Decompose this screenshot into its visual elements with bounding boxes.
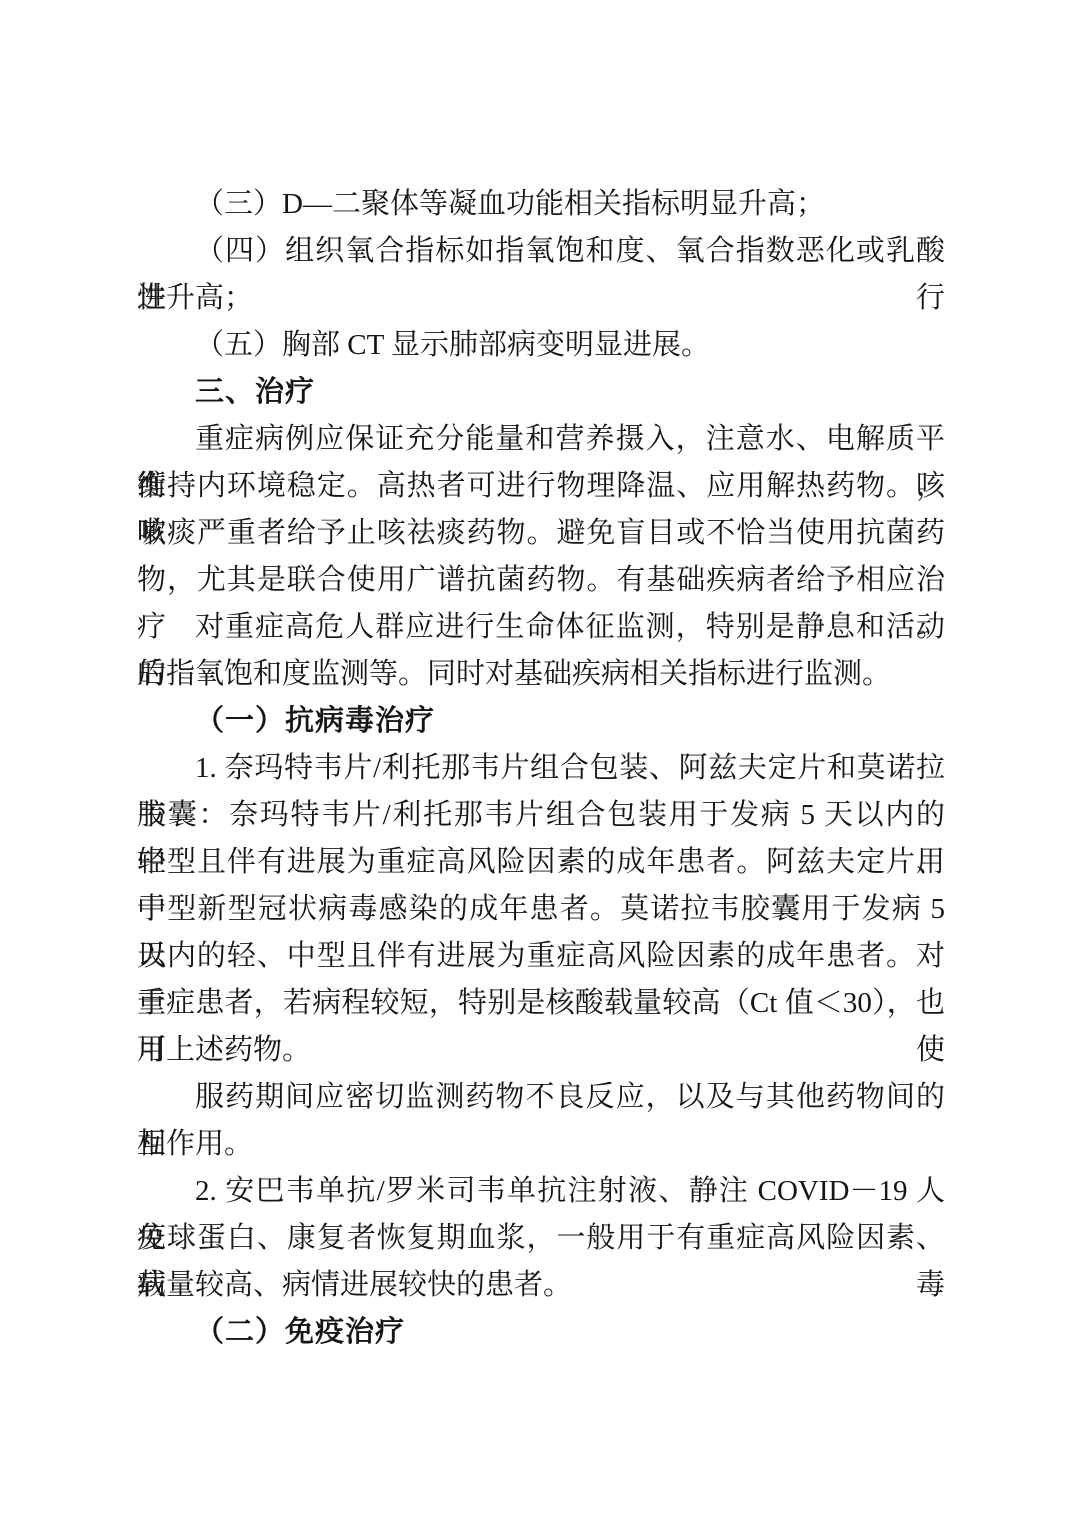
text-line: 以内的轻、中型且伴有进展为重症高风险因素的成年患者。对于 xyxy=(137,933,945,980)
text-line: 胶囊：奈玛特韦片/利托那韦片组合包装用于发病 5 天以内的轻、 xyxy=(137,792,945,839)
section-heading: （一）抗病毒治疗 xyxy=(137,698,945,745)
text-line: 2. 安巴韦单抗/罗米司韦单抗注射液、静注 COVID－19 人免 xyxy=(137,1168,945,1215)
text-line: （四）组织氧合指标如指氧饱和度、氧合指数恶化或乳酸进行 xyxy=(137,228,945,275)
text-line: 中型新型冠状病毒感染的成年患者。莫诺拉韦胶囊用于发病 5 天 xyxy=(137,886,945,933)
section-heading: 三、治疗 xyxy=(137,369,945,416)
text-line: 重症患者，若病程较短，特别是核酸载量较高（Ct 值＜30），也可使 xyxy=(137,980,945,1027)
section-heading: （二）免疫治疗 xyxy=(137,1309,945,1356)
text-line: 互作用。 xyxy=(137,1121,945,1168)
text-line: 1. 奈玛特韦片/利托那韦片组合包装、阿兹夫定片和莫诺拉韦 xyxy=(137,745,945,792)
text-line: 咳痰严重者给予止咳祛痰药物。避免盲目或不恰当使用抗菌药 xyxy=(137,510,945,557)
text-line: 物，尤其是联合使用广谱抗菌药物。有基础疾病者给予相应治疗。 xyxy=(137,557,945,604)
text-line: 重症病例应保证充分能量和营养摄入，注意水、电解质平衡， xyxy=(137,416,945,463)
text-line: 的指氧饱和度监测等。同时对基础疾病相关指标进行监测。 xyxy=(137,651,945,698)
text-line: 疫球蛋白、康复者恢复期血浆，一般用于有重症高风险因素、病毒 xyxy=(137,1215,945,1262)
text-line: 维持内环境稳定。高热者可进行物理降温、应用解热药物。咳嗽 xyxy=(137,463,945,510)
text-line: 对重症高危人群应进行生命体征监测，特别是静息和活动后 xyxy=(137,604,945,651)
text-line: （五）胸部 CT 显示肺部病变明显进展。 xyxy=(137,322,945,369)
text-line: 服药期间应密切监测药物不良反应，以及与其他药物间的相 xyxy=(137,1074,945,1121)
document-body: （三）D—二聚体等凝血功能相关指标明显升高；（四）组织氧合指标如指氧饱和度、氧合… xyxy=(137,181,945,1356)
document-page: （三）D—二聚体等凝血功能相关指标明显升高；（四）组织氧合指标如指氧饱和度、氧合… xyxy=(0,0,1080,1528)
text-line: 中型且伴有进展为重症高风险因素的成年患者。阿兹夫定片用于 xyxy=(137,839,945,886)
text-line: （三）D—二聚体等凝血功能相关指标明显升高； xyxy=(137,181,945,228)
